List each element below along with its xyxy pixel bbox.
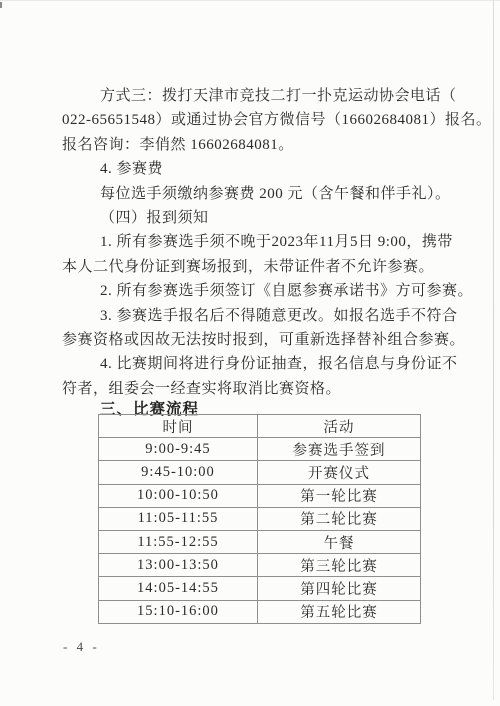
scan-artifact bbox=[0, 2, 2, 8]
schedule-table: 时间 活动 9:00-9:45 参赛选手签到 9:45-10:00 开赛仪式 1… bbox=[98, 414, 421, 624]
body-line: 方式三：拨打天津市竞技二打一扑克运动协会电话（ bbox=[62, 84, 450, 108]
table-cell-time: 11:05-11:55 bbox=[99, 507, 258, 530]
table-header-row: 时间 活动 bbox=[99, 415, 421, 438]
table-cell-activity: 参赛选手签到 bbox=[258, 438, 421, 461]
body-line: 4. 比赛期间将进行身份证抽查，报名信息与身份证不 bbox=[62, 352, 450, 376]
schedule-table-container: 时间 活动 9:00-9:45 参赛选手签到 9:45-10:00 开赛仪式 1… bbox=[98, 414, 420, 624]
document-body: 方式三：拨打天津市竞技二打一扑克运动协会电话（ 022-65651548）或通过… bbox=[62, 84, 450, 418]
body-line: 本人二代身份证到赛场报到，未带证件者不允许参赛。 bbox=[62, 255, 450, 279]
table-cell-activity: 第一轮比赛 bbox=[258, 484, 421, 507]
table-header-cell: 活动 bbox=[258, 415, 421, 438]
body-line: 3. 参赛选手报名后不得随意更改。如报名选手不符合 bbox=[62, 304, 450, 328]
table-row: 9:45-10:00 开赛仪式 bbox=[99, 461, 421, 484]
page-top-edge bbox=[0, 0, 500, 1]
body-line: 每位选手须缴纳参赛费 200 元（含午餐和伴手礼）。 bbox=[62, 182, 450, 206]
table-row: 13:00-13:50 第三轮比赛 bbox=[99, 554, 421, 577]
document-page: 方式三：拨打天津市竞技二打一扑克运动协会电话（ 022-65651548）或通过… bbox=[0, 0, 500, 706]
table-row: 14:05-14:55 第四轮比赛 bbox=[99, 577, 421, 600]
body-line: （四）报到须知 bbox=[62, 206, 450, 230]
table-row: 10:00-10:50 第一轮比赛 bbox=[99, 484, 421, 507]
table-cell-time: 13:00-13:50 bbox=[99, 554, 258, 577]
table-cell-activity: 开赛仪式 bbox=[258, 461, 421, 484]
body-line: 2. 所有参赛选手须签订《自愿参赛承诺书》方可参赛。 bbox=[62, 279, 450, 303]
page-number: - 4 - bbox=[63, 639, 100, 655]
body-line: 参赛资格或因故无法按时报到，可重新选择替补组合参赛。 bbox=[62, 328, 450, 352]
table-row: 15:10-16:00 第五轮比赛 bbox=[99, 600, 421, 623]
body-line: 符者，组委会一经查实将取消比赛资格。 bbox=[62, 377, 450, 401]
table-row: 9:00-9:45 参赛选手签到 bbox=[99, 438, 421, 461]
table-row: 11:55-12:55 午餐 bbox=[99, 530, 421, 553]
body-line: 报名咨询：李俏然 16602684081。 bbox=[62, 133, 450, 157]
body-line: 4. 参赛费 bbox=[62, 157, 450, 181]
table-cell-time: 10:00-10:50 bbox=[99, 484, 258, 507]
page-edge-line bbox=[493, 0, 494, 700]
table-cell-activity: 第五轮比赛 bbox=[258, 600, 421, 623]
body-line: 1. 所有参赛选手须不晚于2023年11月5日 9:00，携带 bbox=[62, 230, 450, 254]
table-cell-time: 11:55-12:55 bbox=[99, 530, 258, 553]
table-cell-activity: 第二轮比赛 bbox=[258, 507, 421, 530]
body-line: 022-65651548）或通过协会官方微信号（16602684081）报名。 bbox=[62, 108, 450, 132]
table-cell-time: 9:00-9:45 bbox=[99, 438, 258, 461]
table-cell-activity: 午餐 bbox=[258, 530, 421, 553]
table-cell-time: 14:05-14:55 bbox=[99, 577, 258, 600]
table-row: 11:05-11:55 第二轮比赛 bbox=[99, 507, 421, 530]
table-cell-activity: 第三轮比赛 bbox=[258, 554, 421, 577]
table-cell-time: 9:45-10:00 bbox=[99, 461, 258, 484]
table-cell-time: 15:10-16:00 bbox=[99, 600, 258, 623]
table-cell-activity: 第四轮比赛 bbox=[258, 577, 421, 600]
table-header-cell: 时间 bbox=[99, 415, 258, 438]
